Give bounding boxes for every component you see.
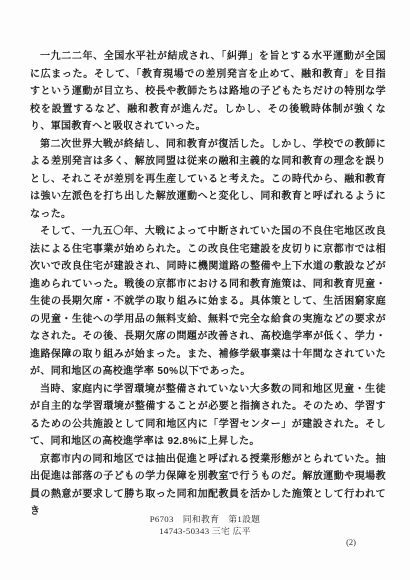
- essay-paragraph-4: 当時、家庭内に学習環境が整備されていない大多数の同和地区児童・生徒が自主的な学習…: [30, 381, 386, 451]
- document-page: 一九二二年、全国水平社が結成され、「糾弾」を旨とする水平運動が全国に広まった。そ…: [0, 0, 410, 580]
- footer-course-line: P6703 同和教育 第1設題: [0, 514, 410, 526]
- essay-paragraph-2: 第二次世界大戦が終結し、同和教育が復活した。しかし、学校での教師による差別発言は…: [30, 136, 386, 224]
- essay-paragraph-1: 一九二二年、全国水平社が結成され、「糾弾」を旨とする水平運動が全国に広まった。そ…: [30, 48, 386, 136]
- essay-paragraph-3: そして、一九五〇年、大戦によって中断されていた国の不良住宅地区改良法による住宅事…: [30, 223, 386, 381]
- page-number: (2): [346, 537, 356, 547]
- document-footer: P6703 同和教育 第1設題 14743-50343 三宅 広平: [0, 514, 410, 537]
- footer-author-line: 14743-50343 三宅 広平: [0, 526, 410, 538]
- essay-paragraph-5: 京都市内の同和地区では抽出促進と呼ばれる授業形態がとられていた。抽出促進は部落の…: [30, 451, 386, 521]
- essay-body: 一九二二年、全国水平社が結成され、「糾弾」を旨とする水平運動が全国に広まった。そ…: [30, 48, 386, 521]
